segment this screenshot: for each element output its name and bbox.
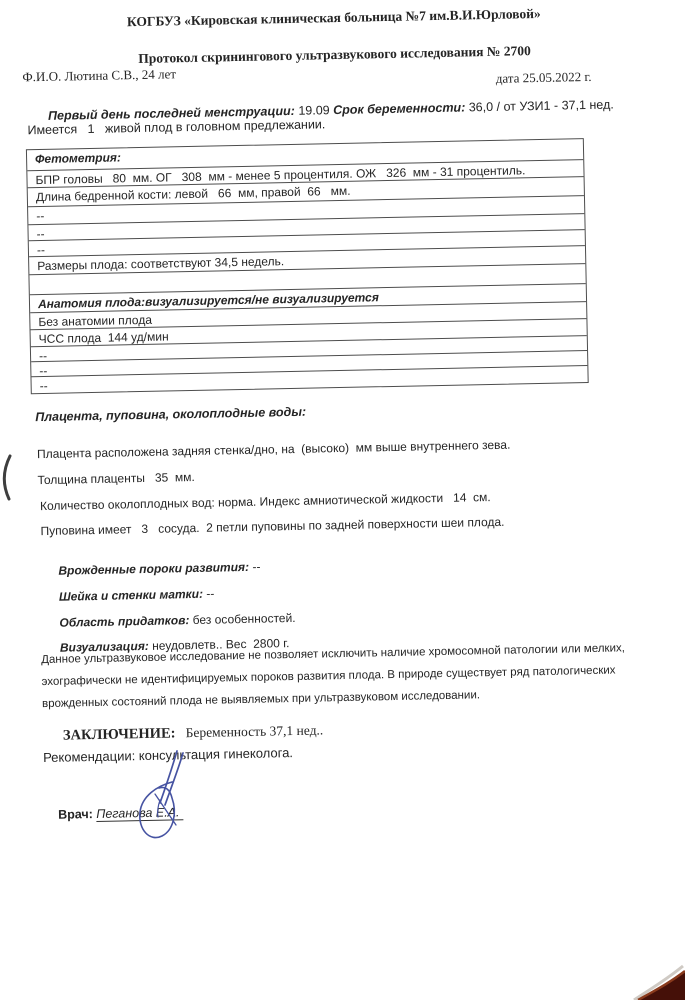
patient-name: Ф.И.О. Лютина С.В., 24 лет	[22, 66, 176, 85]
term-value: 36,0 / от УЗИ1 - 37,1 нед.	[465, 97, 614, 114]
umbilical-cord-line: Пуповина имеет 3 сосуда. 2 петли пуповин…	[40, 515, 504, 538]
doctor-line: Врач: Пеганова Е.А.	[37, 791, 184, 836]
document-content: КОГБУЗ «Кировская клиническая больница №…	[0, 0, 685, 1000]
placenta-thickness-line: Толщина плаценты 35 мм.	[37, 470, 194, 487]
congenital-defects-value: --	[249, 560, 261, 574]
scanned-document-page: КОГБУЗ «Кировская клиническая больница №…	[0, 0, 685, 1000]
document-title: Протокол скринингового ультразвукового и…	[0, 40, 677, 70]
fetometry-table: Фетометрия: БПР головы 80 мм. ОГ 308 мм …	[26, 138, 589, 394]
conclusion-label: ЗАКЛЮЧЕНИЕ:	[63, 725, 176, 743]
amniotic-fluid-line: Количество околоплодных вод: норма. Инде…	[40, 490, 491, 513]
disclaimer-paragraph: Данное ультразвуковое исследование не по…	[41, 637, 670, 715]
term-label: Срок беременности:	[333, 100, 465, 117]
placenta-section-label: Плацента, пуповина, околоплодные воды:	[35, 405, 306, 424]
doctor-name: Пеганова Е.А.	[96, 805, 183, 822]
organization-name: КОГБУЗ «Кировская клиническая больница №…	[0, 3, 676, 33]
conclusion-value: Беременность 37,1 нед..	[175, 722, 323, 740]
placenta-location-line: Плацента расположена задняя стенка/дно, …	[37, 438, 511, 461]
doctor-label: Врач:	[58, 807, 96, 822]
menstruation-value: 19.09	[295, 103, 334, 118]
